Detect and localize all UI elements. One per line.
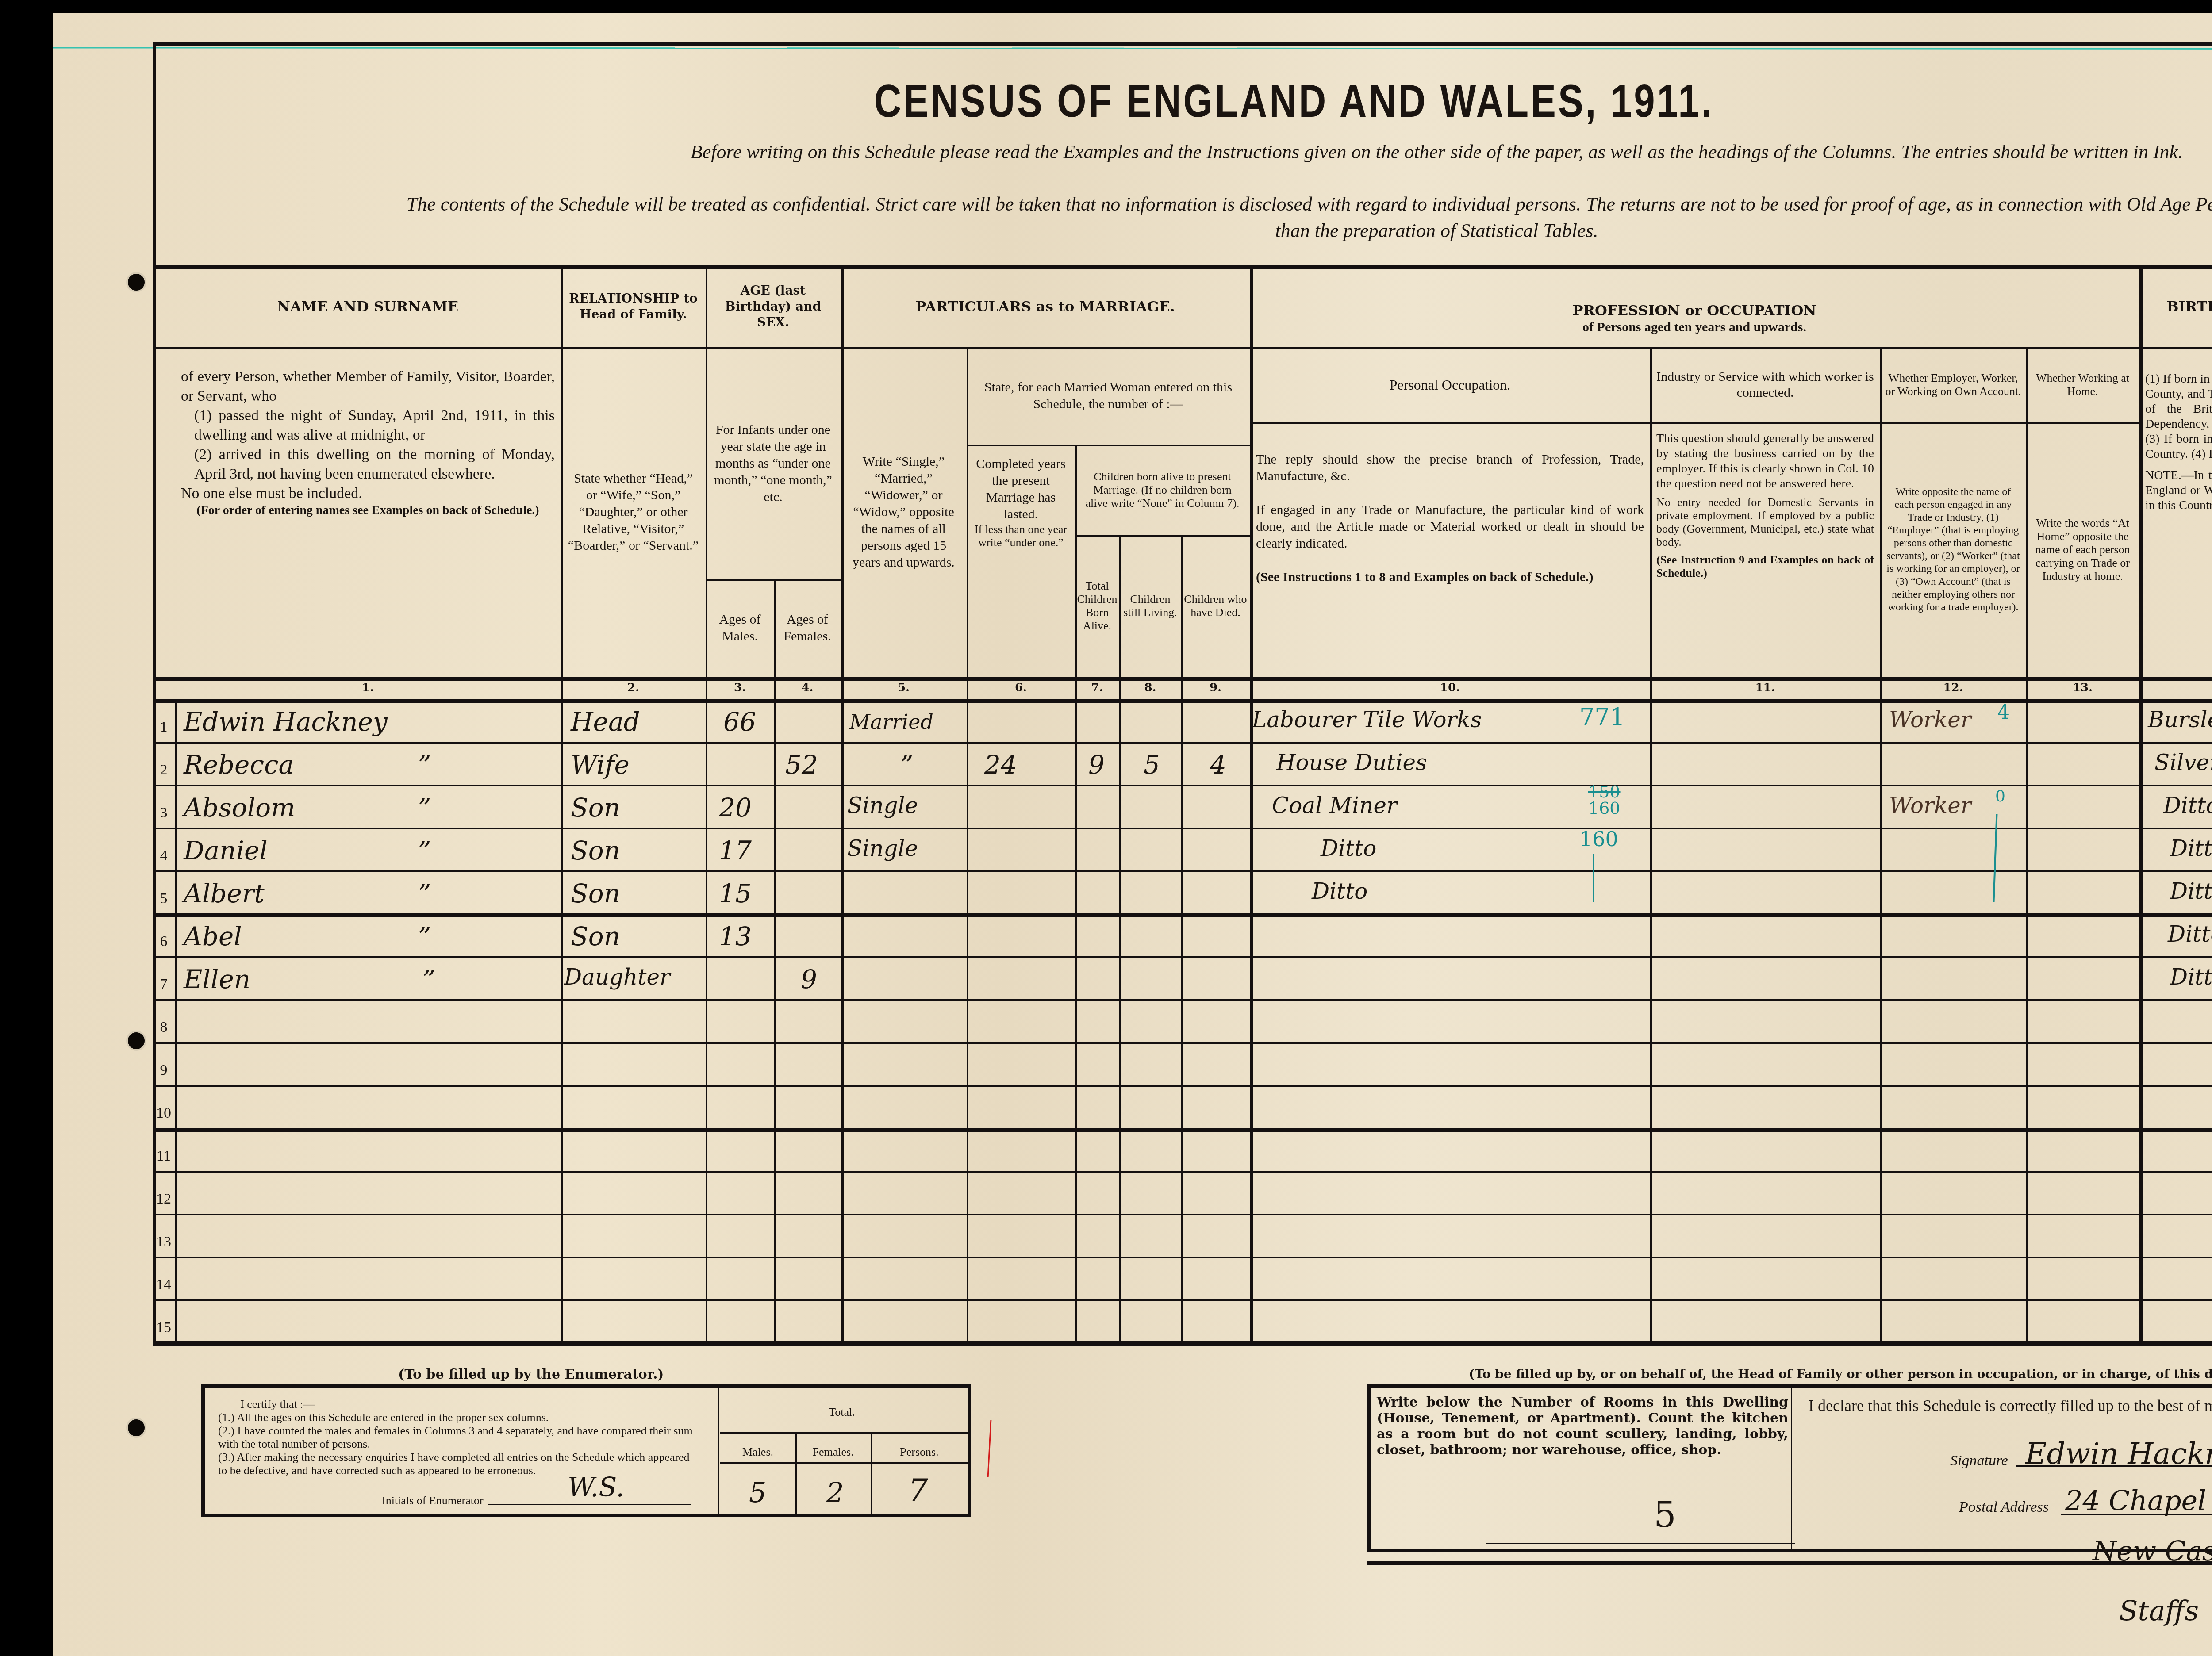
cell-relationship[interactable]: Son: [571, 836, 620, 866]
cell-occupation-code: 160: [1579, 827, 1618, 851]
cell-name[interactable]: Edwin Hackney: [184, 707, 388, 737]
page-title: CENSUS OF ENGLAND AND WALES, 1911.: [358, 75, 2212, 128]
header-name: NAME AND SURNAME: [175, 265, 561, 347]
cell-surname-ditto[interactable]: ”: [418, 878, 431, 908]
cell-condition[interactable]: Single: [847, 793, 918, 818]
cell-age-male[interactable]: 17: [719, 836, 752, 866]
females-label: Females.: [795, 1445, 871, 1459]
instruction-birthplace: (1) If born in the United Kingdom, write…: [2139, 372, 2212, 513]
row-number: 10: [153, 1105, 175, 1122]
header-years-married: Completed years the present Marriage has…: [967, 456, 1075, 549]
cell-relationship[interactable]: Wife: [571, 750, 630, 780]
postal-address-label: Postal Address: [1959, 1501, 2049, 1514]
cell-name[interactable]: Daniel: [184, 836, 268, 866]
row-number: 13: [153, 1234, 175, 1250]
total-persons[interactable]: 7: [908, 1472, 928, 1508]
cell-age-female[interactable]: 9: [801, 964, 817, 994]
row-number: 1: [153, 719, 175, 736]
header-still-living: Children still Living.: [1119, 535, 1181, 677]
row-number: 8: [153, 1019, 175, 1036]
rooms-count[interactable]: 5: [1654, 1494, 1676, 1535]
header-total-born: Total Children Born Alive.: [1075, 535, 1119, 677]
instruction-age: For Infants under one year state the age…: [706, 347, 841, 579]
instruction-industry: This question should generally be answer…: [1650, 431, 1880, 580]
postal-address-line3[interactable]: Staffs: [2119, 1595, 2199, 1627]
cell-age-male[interactable]: 66: [723, 707, 756, 737]
cell-name[interactable]: Abel: [184, 921, 242, 951]
cell-occupation-code: 160: [1588, 798, 1621, 818]
instruction-at-home: Write the words “At Home” opposite the n…: [2026, 422, 2139, 677]
header-industry: Industry or Service with which worker is…: [1650, 347, 1880, 422]
signature[interactable]: Edwin Hackney His X Mark: [2025, 1437, 2212, 1471]
cell-years-married[interactable]: 24: [984, 750, 1017, 780]
header-at-home: Whether Working at Home.: [2026, 347, 2139, 422]
row-number: 9: [153, 1062, 175, 1079]
column-number: 8.: [1119, 677, 1181, 699]
row-number: 3: [153, 805, 175, 821]
cell-employer[interactable]: Worker: [1889, 707, 1971, 732]
header-ages-males: Ages of Males.: [706, 579, 774, 677]
cell-condition[interactable]: Married: [849, 710, 933, 734]
punch-hole: [126, 1418, 146, 1438]
cell-surname-ditto[interactable]: ”: [418, 750, 431, 780]
instruction-occupation: The reply should show the precise branch…: [1250, 451, 1650, 586]
cell-occupation[interactable]: Ditto: [1312, 878, 1367, 904]
column-number: 4.: [774, 677, 841, 699]
cell-birthplace[interactable]: Ditto: [2170, 964, 2212, 990]
header-employer: Whether Employer, Worker, or Working on …: [1880, 347, 2026, 422]
cell-age-male[interactable]: 20: [719, 793, 752, 823]
instruction-employer: Write opposite the name of each person e…: [1880, 422, 2026, 677]
cell-surname-ditto[interactable]: ”: [418, 793, 431, 823]
confidential-line-2: than the preparation of Statistical Tabl…: [153, 219, 2212, 242]
header-age: AGE (last Birthday) and SEX.: [706, 265, 841, 347]
cell-birthplace[interactable]: Ditto: [2163, 793, 2212, 818]
cell-age-male[interactable]: 13: [719, 921, 752, 951]
column-number: 2.: [561, 677, 706, 699]
total-females[interactable]: 2: [826, 1476, 844, 1509]
cell-name[interactable]: Rebecca: [184, 750, 294, 780]
cell-surname-ditto[interactable]: ”: [418, 836, 431, 866]
row-number: 6: [153, 933, 175, 950]
row-number: 5: [153, 890, 175, 907]
signature-label: Signature: [1950, 1454, 2008, 1468]
header-marriage: PARTICULARS as to MARRIAGE.: [841, 265, 1250, 347]
column-number: 1.: [175, 677, 561, 699]
cell-name[interactable]: Albert: [184, 878, 265, 908]
head-caption: (To be filled up by, or on behalf of, th…: [1469, 1367, 2212, 1381]
header-occupation-subtitle: of Persons aged ten years and upwards.: [1250, 316, 2139, 338]
persons-label: Persons.: [871, 1445, 968, 1459]
cell-relationship[interactable]: Head: [571, 707, 640, 737]
bottom-rule: [1367, 1561, 2212, 1565]
column-number: 13.: [2026, 677, 2139, 699]
cell-employer-code: 4: [1997, 701, 2010, 724]
header-birthplace: BIRTHPLACE of every person.: [2139, 265, 2212, 347]
initials-label: Initials of Enumerator: [382, 1494, 484, 1507]
enumerator-caption: (To be filled up by the Enumerator.): [398, 1367, 664, 1382]
cell-condition[interactable]: Single: [847, 836, 918, 861]
total-males[interactable]: 5: [749, 1476, 766, 1509]
column-number: 14.: [2139, 677, 2212, 699]
punch-hole: [126, 1031, 146, 1051]
cell-surname-ditto[interactable]: ”: [422, 964, 436, 994]
cell-age-male[interactable]: 15: [719, 878, 752, 908]
cell-birthplace[interactable]: Ditto: [2168, 921, 2212, 947]
row-number: 12: [153, 1191, 175, 1207]
row-number: 11: [153, 1148, 175, 1165]
punch-hole: [126, 272, 146, 292]
rooms-instruction: Write below the Number of Rooms in this …: [1377, 1395, 1788, 1458]
instruction-married-woman: State, for each Married Woman entered on…: [967, 347, 1250, 445]
postal-address-line1[interactable]: 24 Chapel St. Knutton: [2065, 1484, 2212, 1517]
total-label: Total.: [718, 1406, 966, 1419]
cell-birthplace[interactable]: Ditto: [2170, 878, 2212, 904]
instruction-children: Children born alive to present Marriage.…: [1075, 445, 1250, 535]
cell-condition[interactable]: ”: [900, 750, 914, 780]
cell-birthplace[interactable]: Silverdale: [2154, 750, 2212, 775]
column-number: 10.: [1250, 677, 1650, 699]
cell-relationship[interactable]: Son: [571, 921, 620, 951]
instruction-relationship: State whether “Head,” or “Wife,” “Son,” …: [561, 347, 706, 677]
column-number: 3.: [706, 677, 774, 699]
cell-relationship[interactable]: Daughter: [564, 964, 670, 990]
cell-relationship[interactable]: Son: [571, 793, 620, 823]
enumerator-initials[interactable]: W.S.: [568, 1472, 624, 1503]
header-have-died: Children who have Died.: [1181, 535, 1250, 677]
cell-occupation[interactable]: Ditto: [1321, 836, 1376, 861]
cell-relationship[interactable]: Son: [571, 878, 620, 908]
cell-employer-code: 0: [1995, 787, 2005, 805]
row-number: 2: [153, 762, 175, 778]
cell-children-died[interactable]: 4: [1210, 750, 1226, 780]
cell-employer[interactable]: Worker: [1889, 793, 1971, 818]
instruction-condition: Write “Single,” “Married,” “Widower,” or…: [841, 347, 967, 677]
header-relationship: RELATIONSHIP to Head of Family.: [561, 265, 706, 347]
enumerator-box: I certify that :— (1.) All the ages on t…: [201, 1384, 971, 1517]
cell-occupation-code: 771: [1579, 703, 1625, 731]
cell-name[interactable]: Ellen: [184, 964, 250, 994]
header-ages-females: Ages of Females.: [774, 579, 841, 677]
cell-name[interactable]: Absolom: [184, 793, 295, 823]
row-number: 4: [153, 847, 175, 864]
cell-children-born[interactable]: 9: [1088, 750, 1105, 780]
column-number: 12.: [1880, 677, 2026, 699]
row-number: 14: [153, 1276, 175, 1293]
cell-children-living[interactable]: 5: [1144, 750, 1160, 780]
males-label: Males.: [720, 1445, 795, 1459]
instruction-line: Before writing on this Schedule please r…: [153, 141, 2212, 163]
head-box: Write below the Number of Rooms in this …: [1367, 1384, 2212, 1552]
teal-ditto-mark: [1993, 814, 1998, 902]
census-table: NAME AND SURNAME RELATIONSHIP to Head of…: [153, 265, 2212, 1345]
confidential-line: The contents of the Schedule will be tre…: [153, 193, 2212, 215]
column-number: 9.: [1181, 677, 1250, 699]
cell-occupation[interactable]: Coal Miner: [1272, 793, 1397, 818]
instruction-name: of every Person, whether Member of Famil…: [175, 367, 561, 517]
column-number: 7.: [1075, 677, 1119, 699]
cell-birthplace[interactable]: Burslem: [2148, 707, 2212, 732]
cell-occupation[interactable]: Labourer Tile Works: [1252, 707, 1482, 732]
cell-occupation[interactable]: House Duties: [1276, 750, 1427, 775]
column-number: 6.: [967, 677, 1075, 699]
column-number: 11.: [1650, 677, 1880, 699]
cell-age-female[interactable]: 52: [785, 750, 818, 780]
cell-surname-ditto[interactable]: ”: [418, 921, 431, 951]
declaration: I declare that this Schedule is correctl…: [1809, 1399, 2212, 1412]
header-personal-occupation: Personal Occupation.: [1250, 347, 1650, 422]
cell-birthplace[interactable]: Ditto: [2170, 836, 2212, 861]
column-number: 5.: [841, 677, 967, 699]
row-number: 15: [153, 1319, 175, 1336]
row-number: 7: [153, 976, 175, 993]
header-occupation: PROFESSION or OCCUPATION: [1250, 265, 2139, 318]
teal-ditto-mark: [1593, 854, 1594, 902]
